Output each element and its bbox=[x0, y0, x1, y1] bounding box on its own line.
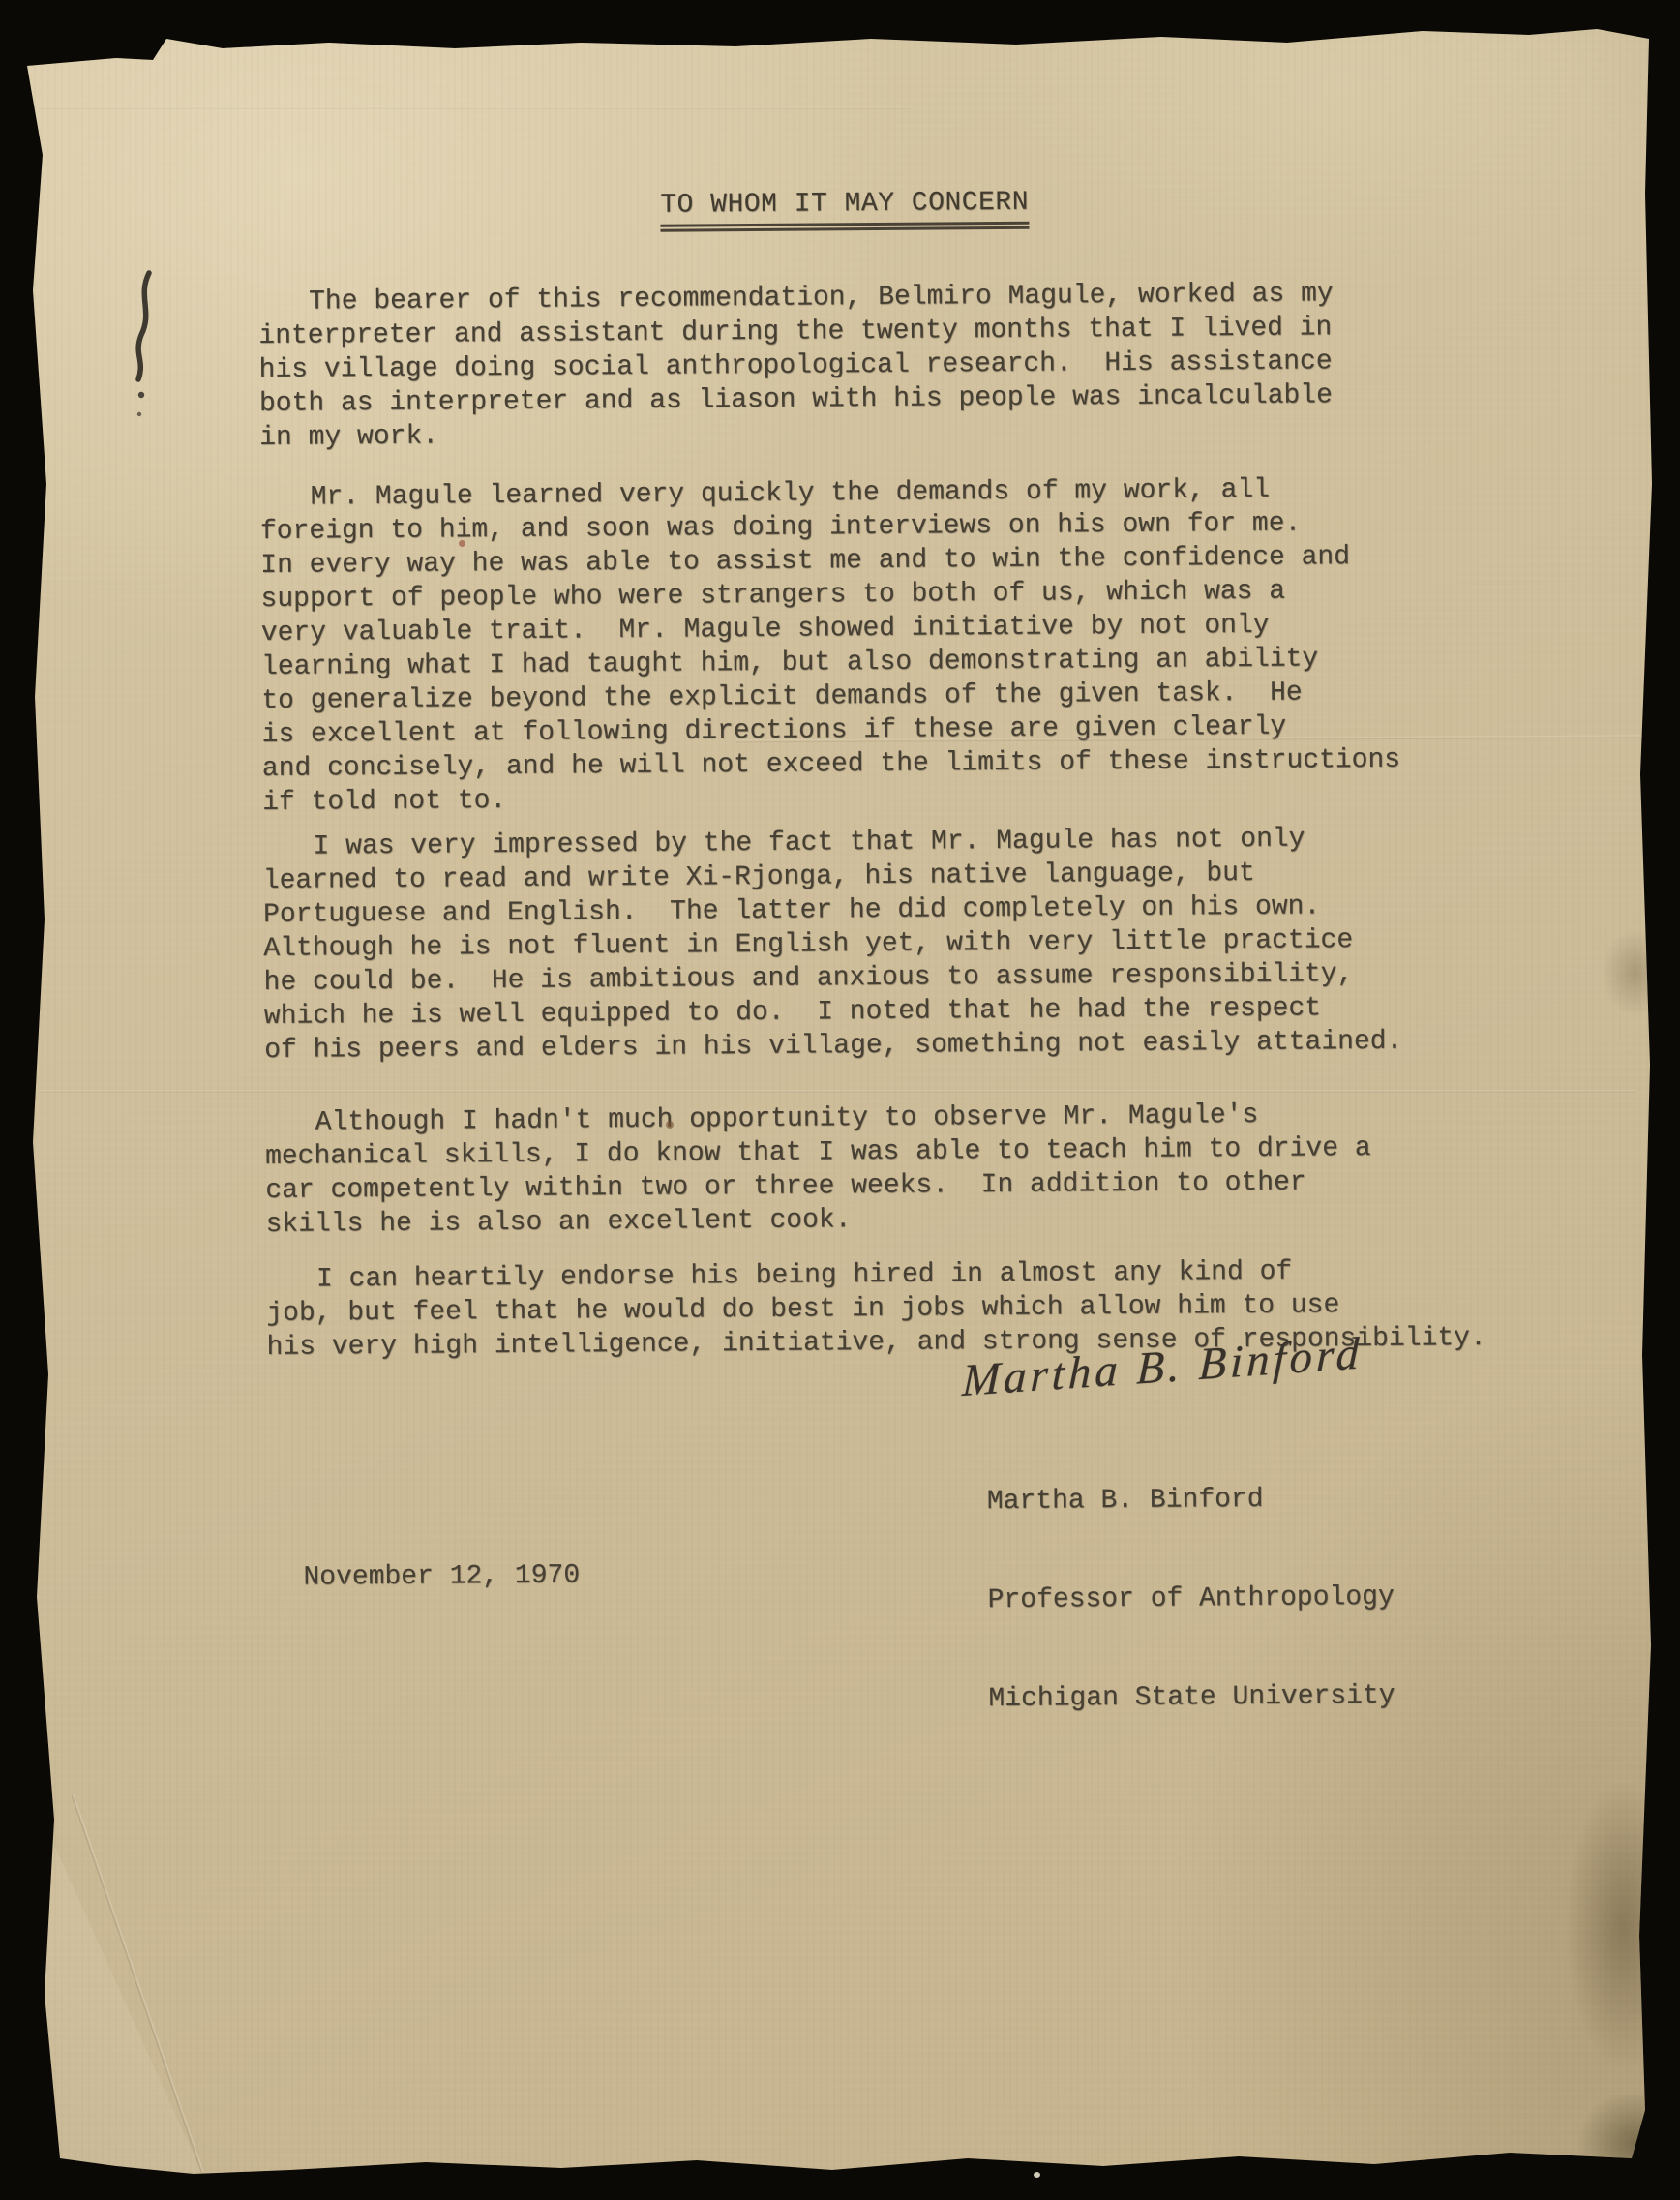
paper-vignette bbox=[0, 0, 1680, 2200]
dust-speck bbox=[1034, 2172, 1040, 2178]
scanned-letter-canvas: TO WHOM IT MAY CONCERN The bearer of thi… bbox=[0, 0, 1680, 2200]
